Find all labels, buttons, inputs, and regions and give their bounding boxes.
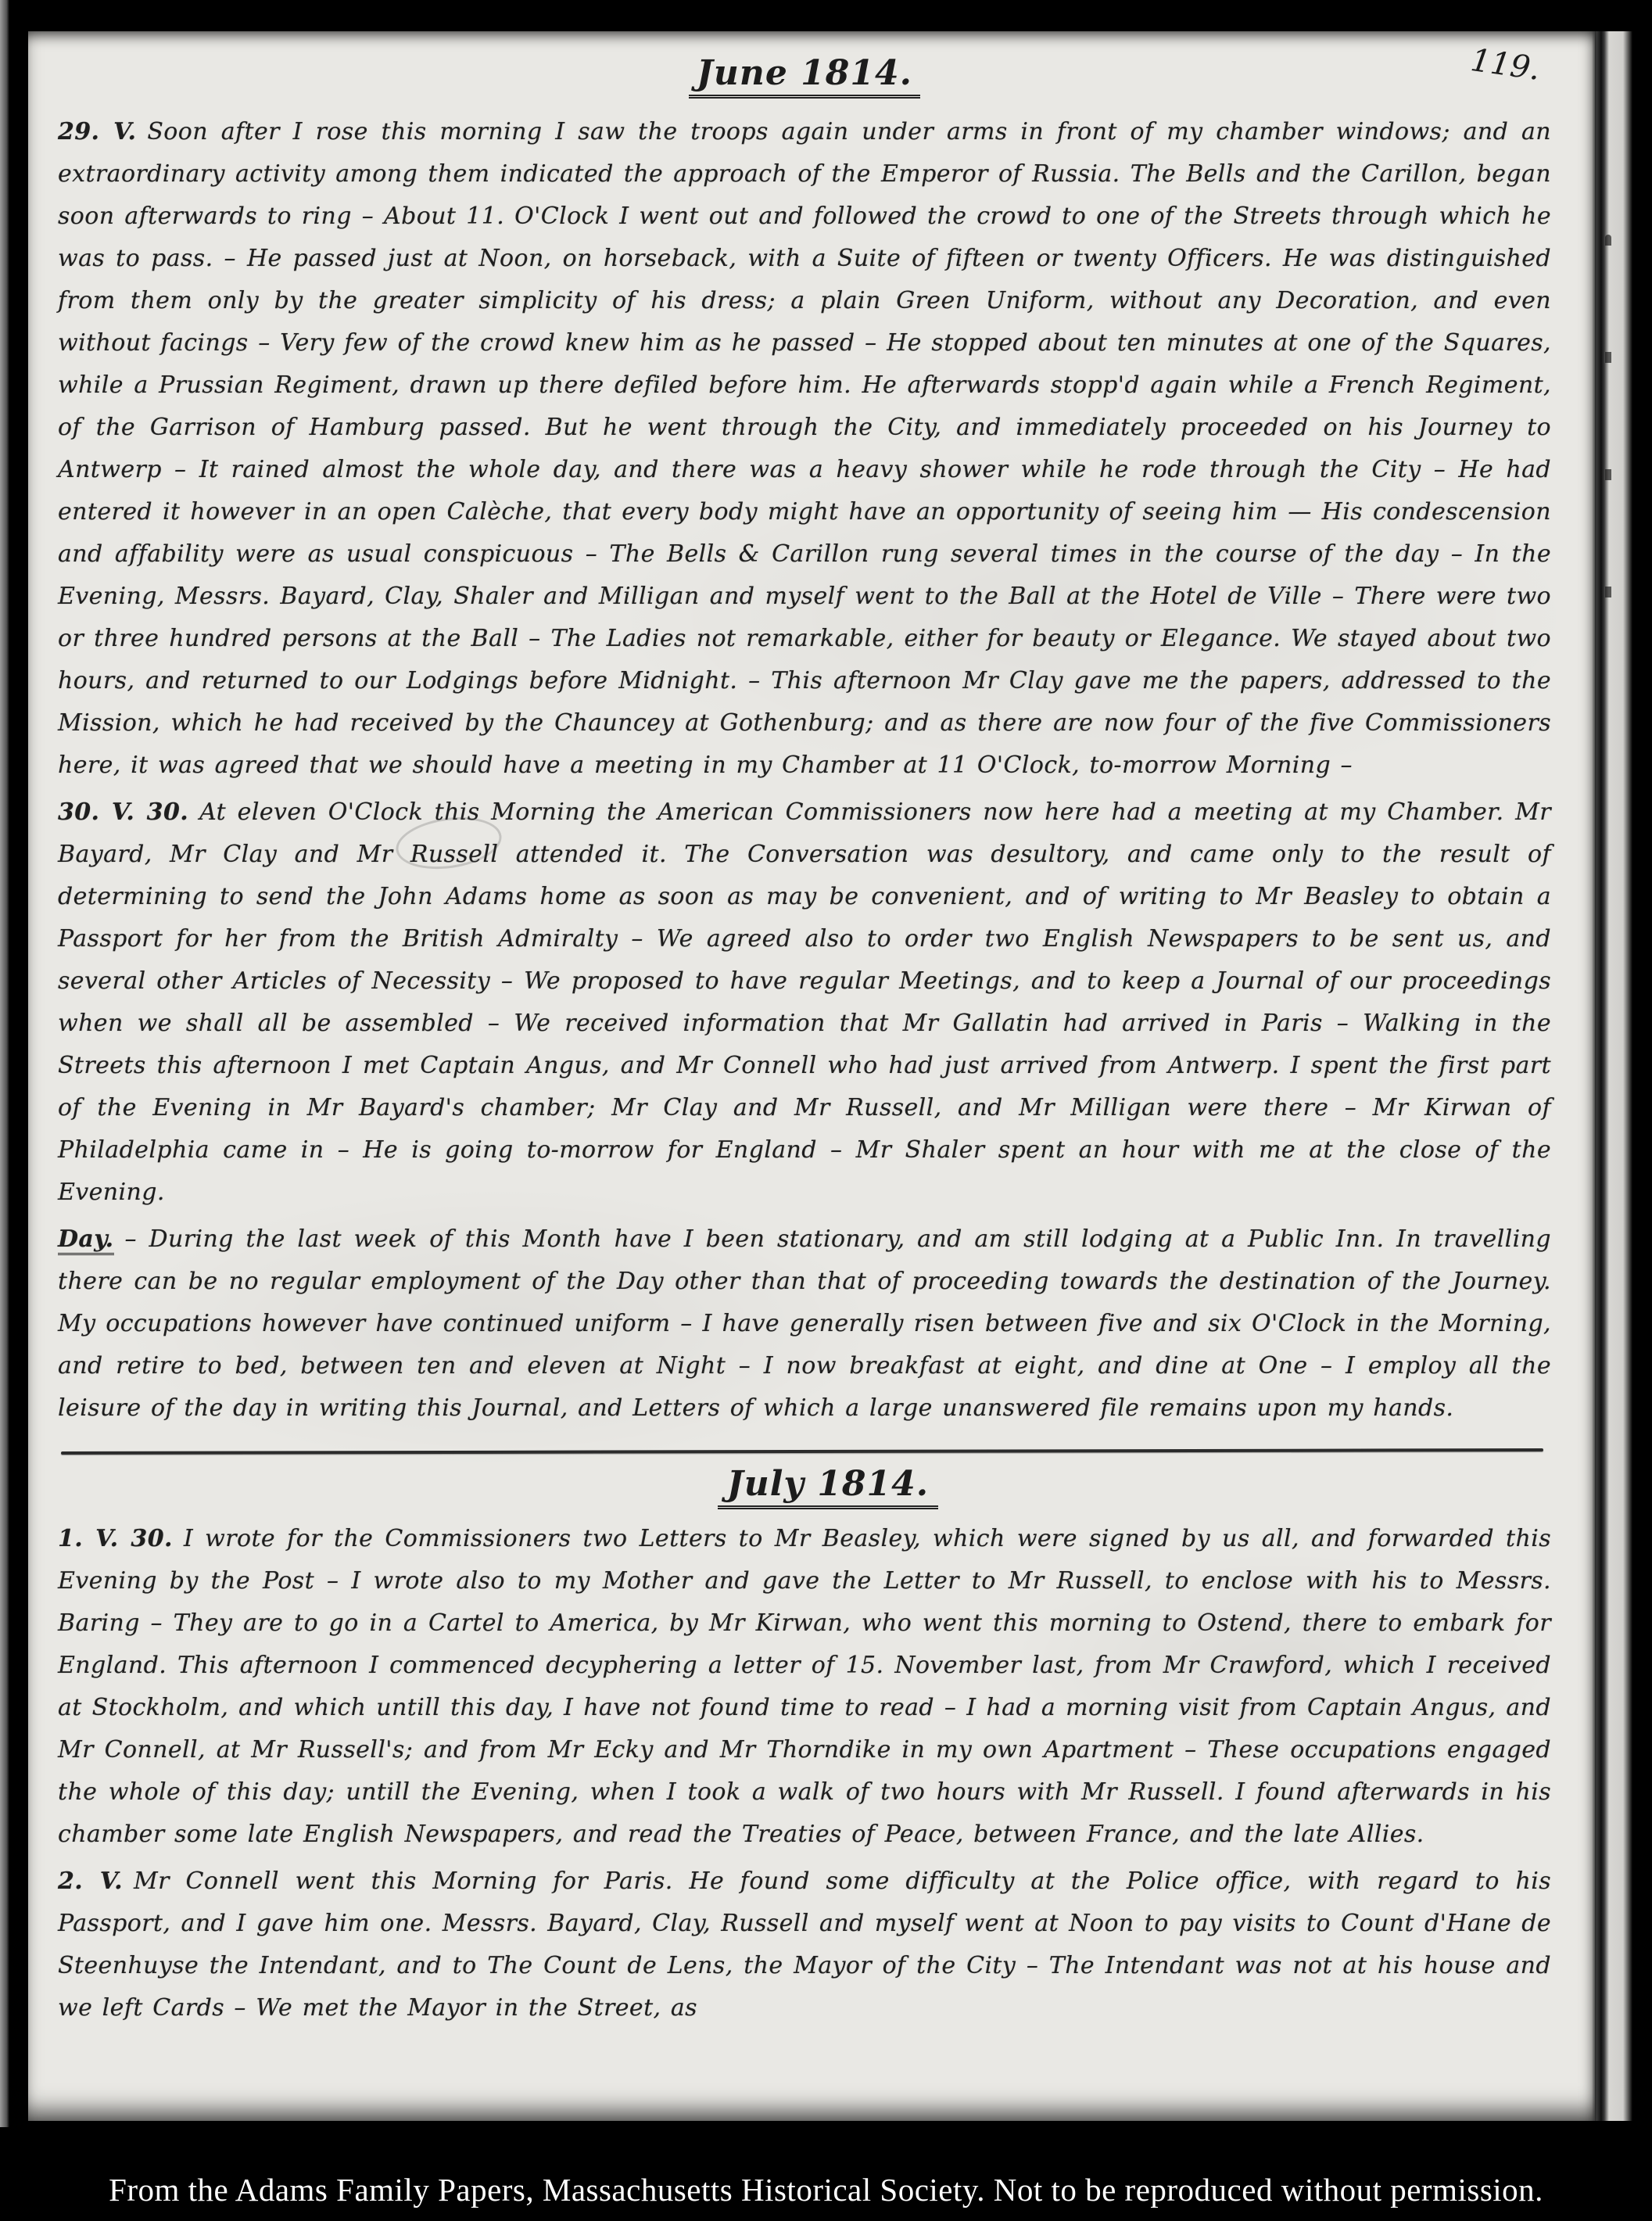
july-heading: July 1814. — [81, 1464, 1575, 1504]
page-header: June 1814. 119. — [58, 39, 1551, 111]
entry-text: Soon after I rose this morning I saw the… — [58, 118, 1551, 779]
diary-entry-july-2: 2. V.Mr Connell went this Morning for Pa… — [58, 1860, 1551, 2029]
manuscript-page: June 1814. 119. 29. V.Soon after I rose … — [28, 31, 1595, 2121]
entry-day-label: Day. — [58, 1225, 114, 1255]
entry-date-label: 1. V. 30. — [58, 1525, 173, 1552]
diary-entry-july-1: 1. V. 30.I wrote for the Commissioners t… — [58, 1518, 1551, 1856]
section-divider-line — [61, 1448, 1543, 1455]
july-heading-text: July 1814. — [718, 1464, 938, 1509]
entry-text: Mr Connell went this Morning for Paris. … — [58, 1868, 1551, 2022]
diary-entry-june-30: 30. V. 30.At eleven O'Clock this Morning… — [58, 791, 1551, 1214]
scan-left-border — [0, 0, 9, 2151]
diary-entry-day-summary: Day.– During the last week of this Month… — [58, 1218, 1551, 1430]
entry-date-label: 2. V. — [58, 1868, 123, 1895]
entry-text: – During the last week of this Month hav… — [58, 1225, 1551, 1422]
page-edge-shadow — [1592, 31, 1632, 2121]
entry-text: I wrote for the Commissioners two Letter… — [58, 1525, 1551, 1848]
entry-date-label: 30. V. 30. — [58, 798, 188, 826]
june-heading-text: June 1814. — [689, 53, 920, 99]
entry-text: At eleven O'Clock this Morning the Ameri… — [58, 798, 1551, 1206]
adjacent-page-ink-marks — [1605, 235, 1611, 704]
entry-date-label: 29. V. — [58, 118, 136, 145]
diary-entry-june-29: 29. V.Soon after I rose this morning I s… — [58, 111, 1551, 787]
june-heading: June 1814. — [58, 53, 1551, 93]
archive-credit-caption: From the Adams Family Papers, Massachuse… — [0, 2171, 1652, 2208]
